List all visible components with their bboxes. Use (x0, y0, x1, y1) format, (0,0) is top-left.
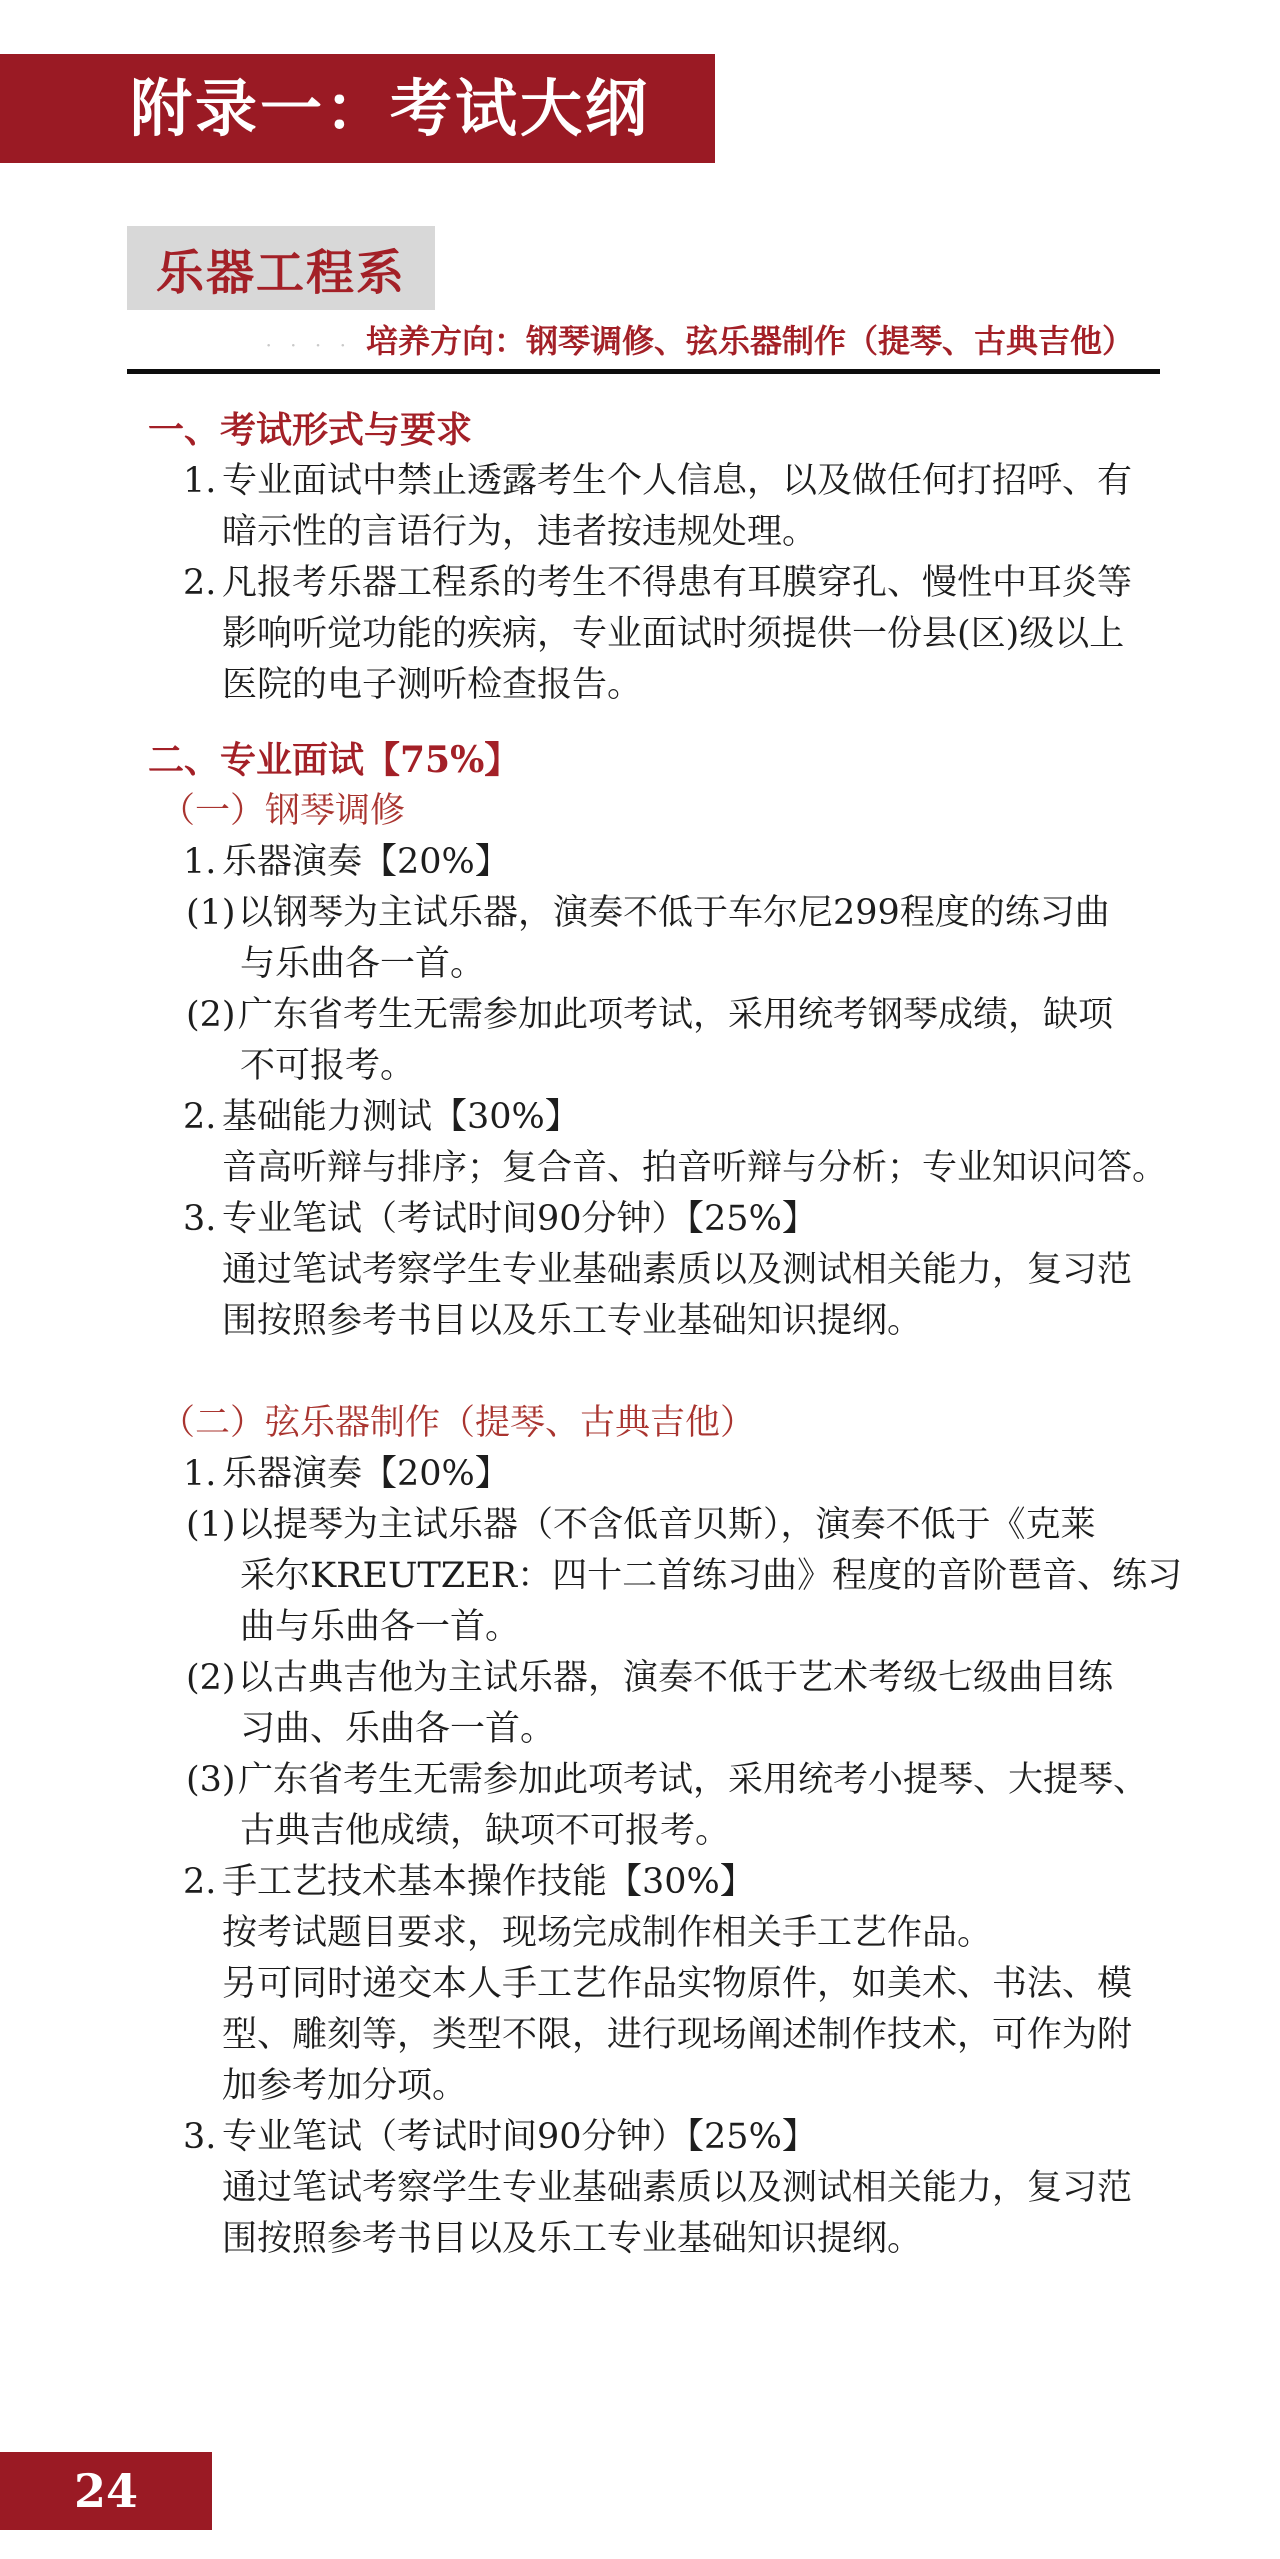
item-text-continuation: 不可报考。 (0, 1041, 1280, 1092)
list-item: 3.专业笔试（考试时间90分钟）【25%】 (0, 1194, 1280, 1245)
item-text-continuation: 通过笔试考察学生专业基础素质以及测试相关能力，复习范 (0, 1245, 1280, 1296)
page-title: 附录一：考试大纲 (130, 72, 650, 145)
list-item: 1.乐器演奏【20%】 (0, 1449, 1280, 1500)
item-text-continuation: 按考试题目要求，现场完成制作相关手工艺作品。 (0, 1908, 1280, 1959)
list-item: 1.乐器演奏【20%】 (0, 837, 1280, 888)
item-text: 广东省考生无需参加此项考试，采用统考钢琴成绩，缺项 (238, 995, 1113, 1035)
section-heading: 二、专业面试【75%】 (0, 735, 1280, 786)
item-text-continuation: 型、雕刻等，类型不限，进行现场阐述制作技术，可作为附 (0, 2010, 1280, 2061)
item-text: 专业面试中禁止透露考生个人信息，以及做任何打招呼、有 (222, 461, 1132, 501)
list-item: (1)以提琴为主试乐器（不含低音贝斯），演奏不低于《克莱 (0, 1500, 1280, 1551)
list-marker: 1. (183, 837, 216, 888)
item-text-continuation: 曲与乐曲各一首。 (0, 1602, 1280, 1653)
item-text: 以钢琴为主试乐器，演奏不低于车尔尼299程度的练习曲 (238, 893, 1110, 933)
item-text-continuation: 古典吉他成绩，缺项不可报考。 (0, 1806, 1280, 1857)
list-item: 1.专业面试中禁止透露考生个人信息，以及做任何打招呼、有 (0, 456, 1280, 507)
list-marker: 1. (183, 456, 216, 507)
list-item: (2)以古典吉他为主试乐器，演奏不低于艺术考级七级曲目练 (0, 1653, 1280, 1704)
list-item: (1)以钢琴为主试乐器，演奏不低于车尔尼299程度的练习曲 (0, 888, 1280, 939)
item-text: 基础能力测试【30%】 (222, 1097, 580, 1137)
list-marker: 3. (183, 2112, 216, 2163)
item-text: 凡报考乐器工程系的考生不得患有耳膜穿孔、慢性中耳炎等 (222, 563, 1132, 603)
item-text: 以古典吉他为主试乐器，演奏不低于艺术考级七级曲目练 (238, 1658, 1113, 1698)
list-marker: 1. (183, 1449, 216, 1500)
section-spacer (0, 1347, 1280, 1398)
list-marker: (2) (186, 1653, 236, 1704)
item-text-continuation: 与乐曲各一首。 (0, 939, 1280, 990)
section-divider (127, 369, 1160, 374)
list-marker: (2) (186, 990, 236, 1041)
item-text-continuation: 另可同时递交本人手工艺作品实物原件，如美术、书法、模 (0, 1959, 1280, 2010)
subsection-heading: （一）钢琴调修 (0, 786, 1280, 837)
list-marker: 3. (183, 1194, 216, 1245)
item-text-continuation: 围按照参考书目以及乐工专业基础知识提纲。 (0, 2214, 1280, 2265)
item-text-continuation: 影响听觉功能的疾病，专业面试时须提供一份县(区)级以上 (0, 609, 1280, 660)
list-item: 2.基础能力测试【30%】 (0, 1092, 1280, 1143)
item-text: 手工艺技术基本操作技能【30%】 (222, 1862, 755, 1902)
document-body: 一、考试形式与要求 1.专业面试中禁止透露考生个人信息，以及做任何打招呼、有 暗… (0, 405, 1280, 2265)
item-text: 专业笔试（考试时间90分钟）【25%】 (222, 2117, 817, 2157)
item-text: 以提琴为主试乐器（不含低音贝斯），演奏不低于《克莱 (238, 1505, 1096, 1545)
department-badge: 乐器工程系 (127, 226, 435, 310)
list-marker: 2. (183, 1092, 216, 1143)
direction-text: 培养方向：钢琴调修、弦乐器制作（提琴、古典吉他） (366, 322, 1134, 360)
list-item: 3.专业笔试（考试时间90分钟）【25%】 (0, 2112, 1280, 2163)
list-marker: 2. (183, 558, 216, 609)
item-text: 乐器演奏【20%】 (222, 842, 510, 882)
leader-dots: · · · · (265, 333, 352, 357)
item-text-continuation: 音高听辩与排序；复合音、拍音听辩与分析；专业知识问答。 (0, 1143, 1280, 1194)
list-item: 2.凡报考乐器工程系的考生不得患有耳膜穿孔、慢性中耳炎等 (0, 558, 1280, 609)
item-text-continuation: 围按照参考书目以及乐工专业基础知识提纲。 (0, 1296, 1280, 1347)
list-item: (3)广东省考生无需参加此项考试，采用统考小提琴、大提琴、 (0, 1755, 1280, 1806)
item-text: 乐器演奏【20%】 (222, 1454, 510, 1494)
list-marker: 2. (183, 1857, 216, 1908)
item-text: 专业笔试（考试时间90分钟）【25%】 (222, 1199, 817, 1239)
item-text-continuation: 加参考加分项。 (0, 2061, 1280, 2112)
item-text-continuation: 通过笔试考察学生专业基础素质以及测试相关能力，复习范 (0, 2163, 1280, 2214)
list-item: 2.手工艺技术基本操作技能【30%】 (0, 1857, 1280, 1908)
department-name: 乐器工程系 (156, 234, 406, 303)
list-marker: (1) (186, 1500, 236, 1551)
subsection-heading: （二）弦乐器制作（提琴、古典吉他） (0, 1398, 1280, 1449)
item-text: 广东省考生无需参加此项考试，采用统考小提琴、大提琴、 (238, 1760, 1148, 1800)
item-text-continuation: 医院的电子测听检查报告。 (0, 660, 1280, 711)
section-heading: 一、考试形式与要求 (0, 405, 1280, 456)
section-spacer (0, 711, 1280, 735)
list-marker: (1) (186, 888, 236, 939)
page-number-badge: 24 (0, 2452, 212, 2530)
item-text-continuation: 暗示性的言语行为，违者按违规处理。 (0, 507, 1280, 558)
direction-line: · · · ·培养方向：钢琴调修、弦乐器制作（提琴、古典吉他） (0, 318, 1160, 364)
item-text-continuation: 习曲、乐曲各一首。 (0, 1704, 1280, 1755)
list-marker: (3) (186, 1755, 236, 1806)
item-text-continuation: 采尔KREUTZER：四十二首练习曲》程度的音阶琶音、练习 (0, 1551, 1280, 1602)
title-banner: 附录一：考试大纲 (0, 54, 715, 163)
list-item: (2)广东省考生无需参加此项考试，采用统考钢琴成绩，缺项 (0, 990, 1280, 1041)
page-number: 24 (74, 2464, 138, 2518)
